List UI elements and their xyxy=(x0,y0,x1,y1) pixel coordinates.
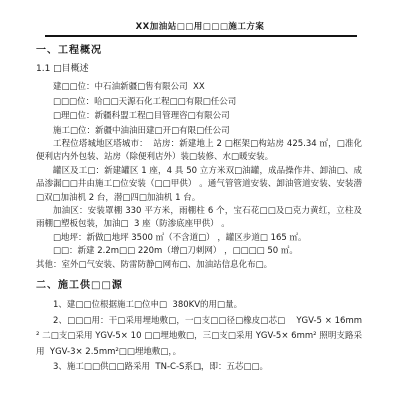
document-title: XX加油站□□用□□□施工方案 xyxy=(0,0,400,32)
document-body: 一、工程概况 1.1 □目概述 建□□位：中石油新疆□售有限公司 XX □□□位… xyxy=(36,45,362,376)
paragraph-ground-slab: □地坪：新做□地坪 3500 ㎡（不含道□） ，罐区步道□ 165 ㎡。 xyxy=(36,232,362,245)
section2-item-1: 1、建□□位根据施工□位申□ 380KV的用□量。 xyxy=(36,298,362,314)
page-number: 1 xyxy=(0,363,400,371)
party-line-contractor: 施工□位：新疆中油油田建□开□有限□任公司 xyxy=(36,124,362,139)
section2-heading: 二、施工供□□源 xyxy=(36,280,362,292)
party-list: 建□□位：中石油新疆□售有限公司 XX □□□位：哈□□天源石化工程□□有限□任… xyxy=(36,80,362,138)
paragraph-station-building: 工程位塔城地区塔城市： 站房：新建地上 2 □框架□构站房 425.34 ㎡，□… xyxy=(36,138,362,165)
paragraph-wall-fence: □□：新建 2.2m□□ 220m（增□刀刺网） ，□□□□ 50 ㎡。 xyxy=(36,245,362,258)
section1-heading: 一、工程概况 xyxy=(36,45,362,57)
party-line-design: □□□位：哈□□天源石化工程□□有限□任公司 xyxy=(36,95,362,110)
party-line-supervision: □理□位：新疆科盟工程□目管理咨□有限公司 xyxy=(36,109,362,124)
party-line-owner: 建□□位：中石油新疆□售有限公司 XX xyxy=(36,80,362,95)
paragraph-other: 其他：室外□气安装、防雷防静□网布□、加油站信息化布□。 xyxy=(36,259,362,272)
document-page: XX加油站□□用□□□施工方案 一、工程概况 1.1 □目概述 建□□位：中石油… xyxy=(0,0,400,399)
paragraph-refueling-area: 加油区：安装罩棚 330 平方米，雨棚柱 6 个，宝石花□□及□克力黄红，立柱及… xyxy=(36,205,362,232)
paragraph-tank-area: 罐区及工□：新建罐区 1 座，4 具 50 立方米双□油罐，成品操作井、卸油□、… xyxy=(36,165,362,205)
section1-subheading: 1.1 □目概述 xyxy=(36,64,362,75)
header-rule xyxy=(45,35,357,37)
section2-item-2: 2、□□□用：干□采用埋地敷□，一□支□□径□橡皮□芯□ YGV-5 × 16m… xyxy=(36,314,362,361)
